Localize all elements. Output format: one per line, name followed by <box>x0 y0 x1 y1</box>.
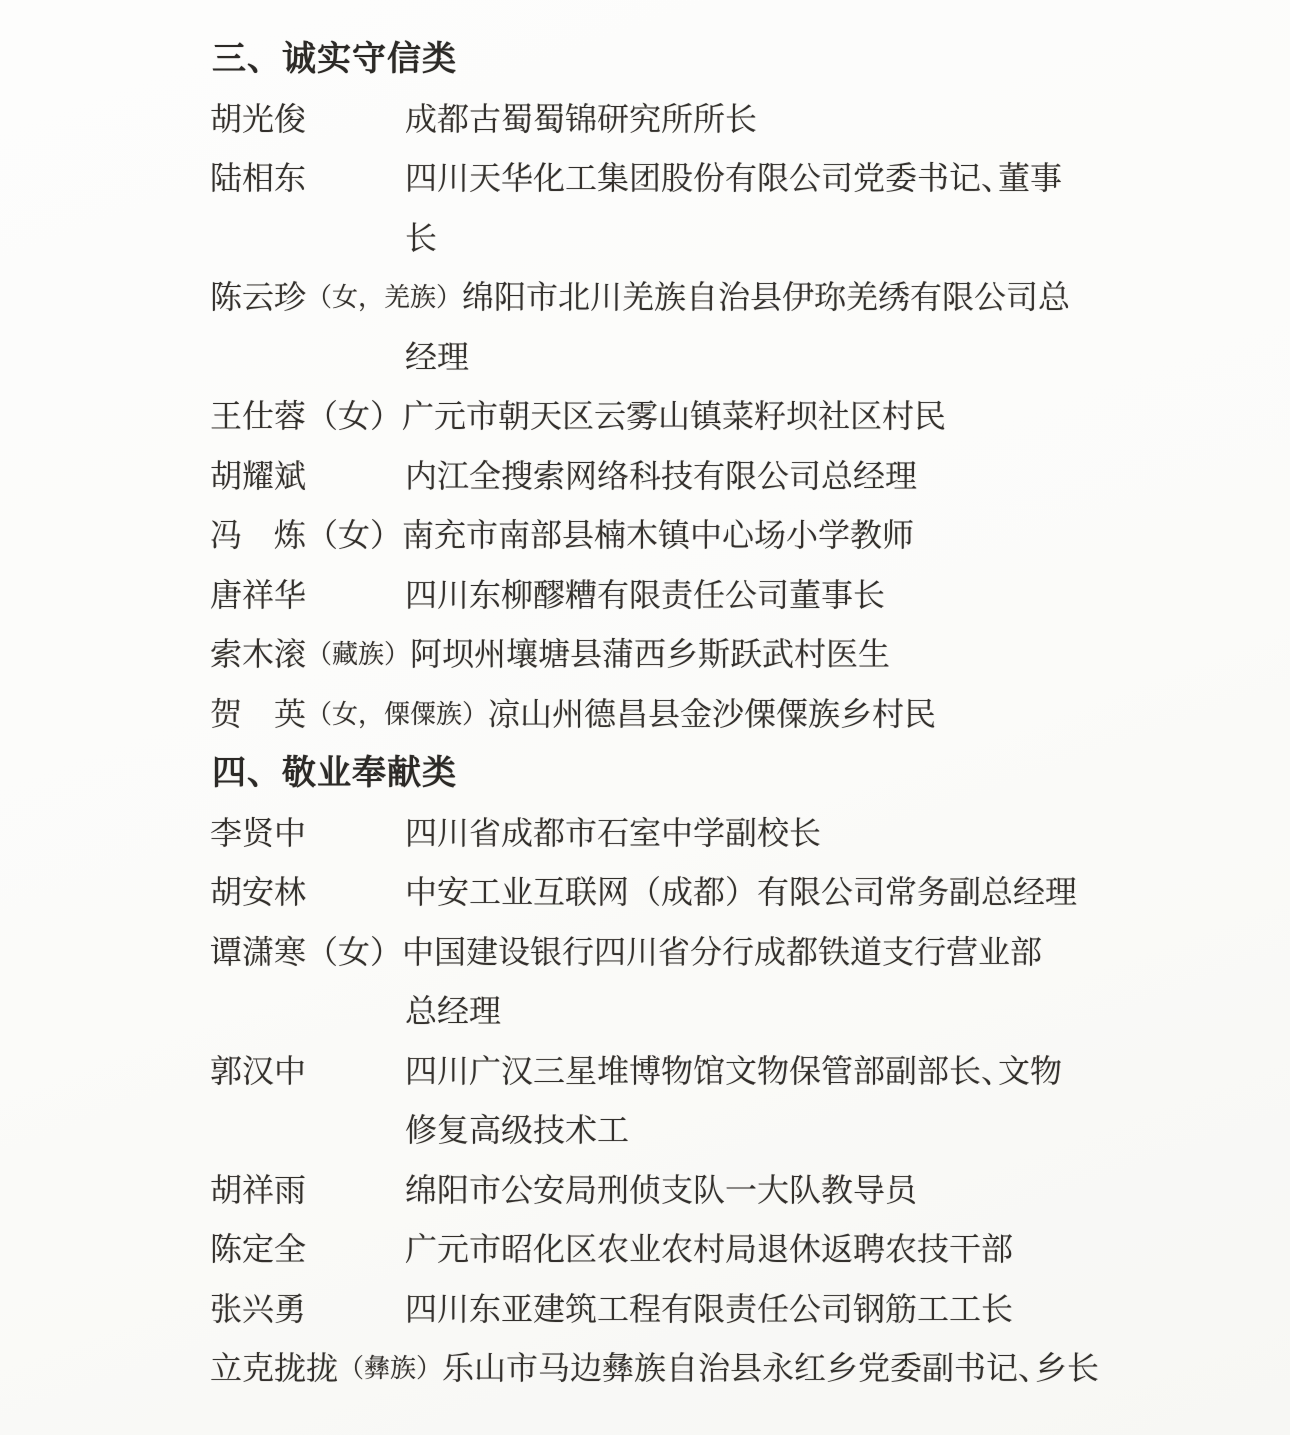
person-title: 四川天华化工集团股份有限公司党委书记、董事长 <box>405 160 1062 256</box>
gender-ethnicity-annotation: （女，傈僳族） <box>306 700 488 729</box>
gender-ethnicity-annotation: （女，羌族） <box>306 283 462 312</box>
gender-ethnicity-annotation: （彝族） <box>338 1354 442 1383</box>
entry-row: 胡祥雨绵阳市公安局刑侦支队一大队教导员 <box>405 1161 1125 1221</box>
section-3-entries: 胡光俊成都古蜀蜀锦研究所所长陆相东四川天华化工集团股份有限公司党委书记、董事长陈… <box>0 90 1290 745</box>
document-page: 三、诚实守信类 胡光俊成都古蜀蜀锦研究所所长陆相东四川天华化工集团股份有限公司党… <box>0 0 1290 1435</box>
entry-row: 陈定全广元市昭化区农业农村局退休返聘农技干部 <box>405 1220 1125 1280</box>
person-title: 四川东亚建筑工程有限责任公司钢筋工工长 <box>405 1291 1013 1327</box>
entry-row: 冯 炼（女）南充市南部县楠木镇中心场小学教师 <box>405 506 1125 566</box>
person-title: 南充市南部县楠木镇中心场小学教师 <box>402 517 914 553</box>
entry-row: 胡耀斌内江全搜索网络科技有限公司总经理 <box>405 447 1125 507</box>
entry-row: 陆相东四川天华化工集团股份有限公司党委书记、董事长 <box>405 149 1125 268</box>
person-title: 广元市朝天区云雾山镇菜籽坝社区村民 <box>402 398 946 434</box>
entry-row: 张兴勇四川东亚建筑工程有限责任公司钢筋工工长 <box>405 1280 1125 1340</box>
section-heading-4: 四、敬业奉献类 <box>212 744 1290 804</box>
entry-row: 谭潇寒（女）中国建设银行四川省分行成都铁道支行营业部总经理 <box>405 923 1125 1042</box>
person-name: 陈定全 <box>210 1220 405 1280</box>
gender-ethnicity-annotation: （女） <box>306 934 402 970</box>
person-name: 陈云珍 <box>210 279 306 315</box>
entry-row: 王仕蓉（女）广元市朝天区云雾山镇菜籽坝社区村民 <box>405 387 1125 447</box>
person-name: 冯 炼 <box>210 517 306 553</box>
person-title: 绵阳市公安局刑侦支队一大队教导员 <box>405 1172 917 1208</box>
person-title: 凉山州德昌县金沙傈僳族乡村民 <box>488 696 936 732</box>
punct-dun: 、 <box>1018 1339 1035 1399</box>
person-title: 四川省成都市石室中学副校长 <box>405 815 821 851</box>
person-name: 胡光俊 <box>210 90 405 150</box>
person-name: 郭汉中 <box>210 1042 405 1102</box>
section-heading-3: 三、诚实守信类 <box>212 30 1290 90</box>
person-name: 陆相东 <box>210 149 405 209</box>
person-title: 中安工业互联网（成都）有限公司常务副总经理 <box>405 874 1077 910</box>
person-title: 阿坝州壤塘县蒲西乡斯跃武村医生 <box>410 636 890 672</box>
entry-row: 胡安林中安工业互联网（成都）有限公司常务副总经理 <box>405 863 1125 923</box>
person-name: 王仕蓉 <box>210 398 306 434</box>
entry-row: 索木滚（藏族）阿坝州壤塘县蒲西乡斯跃武村医生 <box>405 625 1125 685</box>
person-name: 胡祥雨 <box>210 1161 405 1221</box>
person-title: 四川广汉三星堆博物馆文物保管部副部长、文物修复高级技术工 <box>405 1053 1062 1149</box>
gender-ethnicity-annotation: （女） <box>306 398 402 434</box>
person-name: 李贤中 <box>210 804 405 864</box>
person-name: 立克拢拢 <box>210 1350 338 1386</box>
entry-row: 胡光俊成都古蜀蜀锦研究所所长 <box>405 90 1125 150</box>
person-title: 乐山市马边彝族自治县永红乡党委副书记、乡长 <box>442 1350 1099 1386</box>
person-name: 索木滚 <box>210 636 306 672</box>
punct-dun: 、 <box>981 149 998 209</box>
person-name: 胡安林 <box>210 863 405 923</box>
entry-row: 陈云珍（女，羌族）绵阳市北川羌族自治县伊珎羌绣有限公司总经理 <box>405 268 1125 387</box>
person-title: 中国建设银行四川省分行成都铁道支行营业部总经理 <box>402 934 1042 1030</box>
entry-row: 唐祥华四川东柳醪糟有限责任公司董事长 <box>405 566 1125 626</box>
person-name: 谭潇寒 <box>210 934 306 970</box>
person-title: 四川东柳醪糟有限责任公司董事长 <box>405 577 885 613</box>
person-name: 胡耀斌 <box>210 447 405 507</box>
person-title: 广元市昭化区农业农村局退休返聘农技干部 <box>405 1231 1013 1267</box>
gender-ethnicity-annotation: （藏族） <box>306 640 410 669</box>
person-name: 张兴勇 <box>210 1280 405 1340</box>
person-name: 贺 英 <box>210 696 306 732</box>
person-title: 内江全搜索网络科技有限公司总经理 <box>405 458 917 494</box>
person-name: 唐祥华 <box>210 566 405 626</box>
entry-row: 立克拢拢（彝族）乐山市马边彝族自治县永红乡党委副书记、乡长 <box>405 1339 1125 1399</box>
person-title: 成都古蜀蜀锦研究所所长 <box>405 101 757 137</box>
section-4-entries: 李贤中四川省成都市石室中学副校长胡安林中安工业互联网（成都）有限公司常务副总经理… <box>0 804 1290 1399</box>
punct-dun: 、 <box>981 1042 998 1102</box>
entry-row: 贺 英（女，傈僳族）凉山州德昌县金沙傈僳族乡村民 <box>405 685 1125 745</box>
entry-row: 李贤中四川省成都市石室中学副校长 <box>405 804 1125 864</box>
person-title: 绵阳市北川羌族自治县伊珎羌绣有限公司总经理 <box>405 279 1070 375</box>
entry-row: 郭汉中四川广汉三星堆博物馆文物保管部副部长、文物修复高级技术工 <box>405 1042 1125 1161</box>
gender-ethnicity-annotation: （女） <box>306 517 402 553</box>
